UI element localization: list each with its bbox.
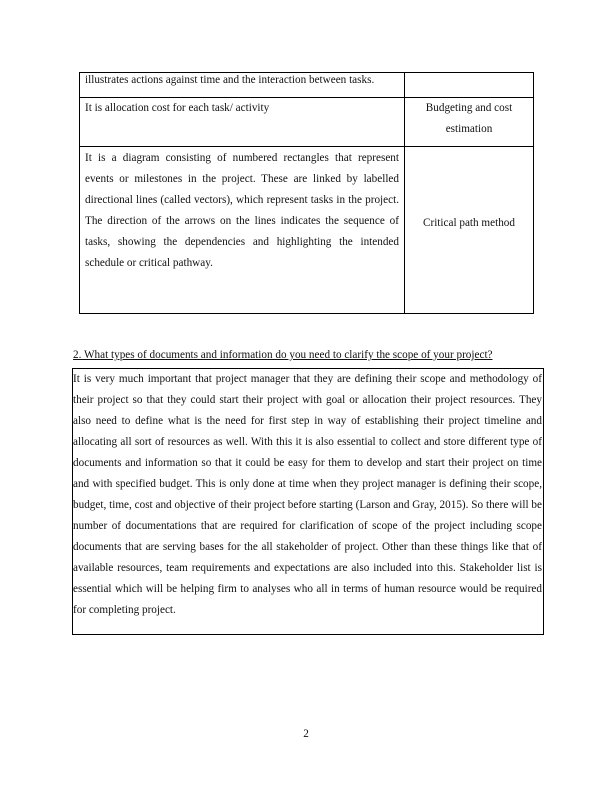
row-term [405, 73, 534, 98]
question-heading: 2. What types of documents and informati… [73, 349, 493, 361]
row-description: illustrates actions against time and the… [80, 73, 405, 98]
table-row: It is allocation cost for each task/ act… [80, 98, 534, 147]
row-description: It is a diagram consisting of numbered r… [80, 147, 405, 314]
page-number: 2 [0, 728, 612, 740]
row-term: Budgeting and cost estimation [405, 98, 534, 147]
row-term: Critical path method [405, 147, 534, 314]
row-description: It is allocation cost for each task/ act… [80, 98, 405, 147]
answer-box: It is very much important that project m… [72, 368, 544, 635]
answer-text: It is very much important that project m… [73, 369, 543, 621]
table-row: It is a diagram consisting of numbered r… [80, 147, 534, 314]
table-row: illustrates actions against time and the… [80, 73, 534, 98]
definitions-table: illustrates actions against time and the… [79, 72, 534, 314]
